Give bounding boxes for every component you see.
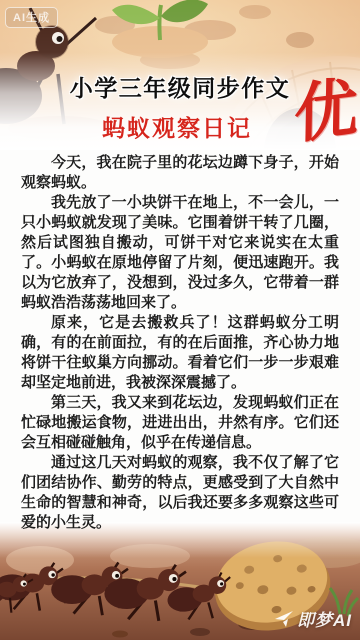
- ai-generated-badge: AI生成: [5, 7, 58, 28]
- poster-page: AI生成 小学三年级同步作文 蚂蚁观察日记 优 今天，我在院子里的花坛边蹲下身子…: [0, 0, 360, 640]
- jimeng-logo-icon: [274, 610, 294, 628]
- watermark-label: 即梦AI: [297, 606, 352, 631]
- essay-paragraph: 原来，它是去搬救兵了！这群蚂蚁分工明确，有的在前面拉，有的在后面推，齐心协力地将…: [21, 313, 339, 393]
- essay-paragraph: 第三天，我又来到花坛边，发现蚂蚁们正在忙碌地搬运食物，进进出出，井然有序。它们还…: [21, 393, 339, 453]
- grade-mark: 优: [294, 76, 359, 148]
- essay-paragraph: 通过这几天对蚂蚁的观察，我不仅了解了它们团结协作、勤劳的特点，更感受到了大自然中…: [21, 453, 339, 533]
- watermark: 即梦AI: [274, 606, 352, 631]
- essay-paragraph: 我先放了一小块饼干在地上，不一会儿，一只小蚂蚁就发现了美味。它围着饼干转了几圈，…: [21, 193, 339, 313]
- essay-body: 今天，我在院子里的花坛边蹲下身子，开始观察蚂蚁。 我先放了一小块饼干在地上，不一…: [0, 150, 360, 533]
- essay-paragraph: 今天，我在院子里的花坛边蹲下身子，开始观察蚂蚁。: [21, 153, 339, 193]
